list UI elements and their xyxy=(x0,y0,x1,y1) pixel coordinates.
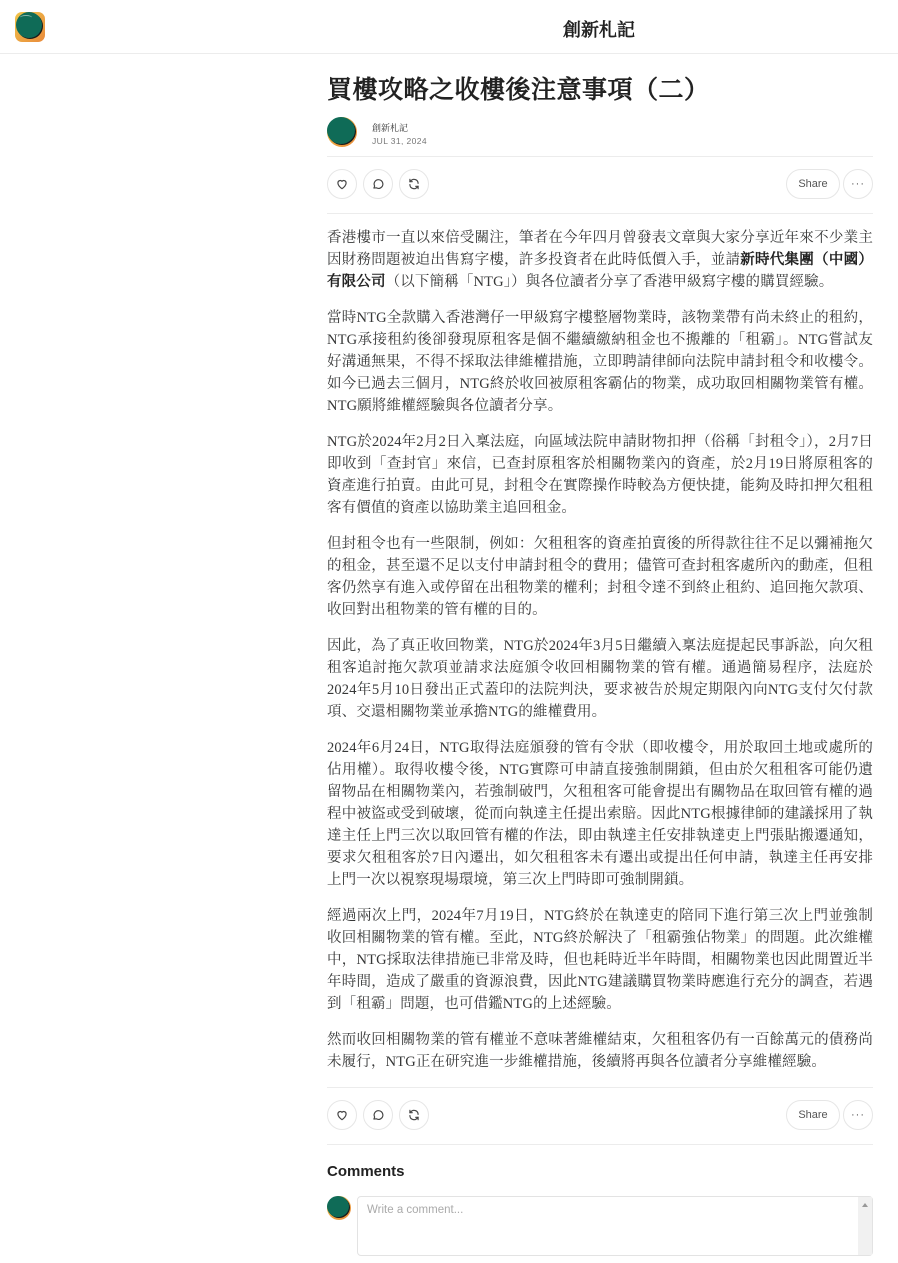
author-name[interactable]: 創新札記 xyxy=(372,121,408,134)
avatar-circle xyxy=(327,1196,349,1217)
paragraph: 然而收回相關物業的管有權並不意味著維權結束，欠租租客仍有一百餘萬元的債務尚未履行… xyxy=(327,1029,873,1073)
like-button[interactable] xyxy=(327,1100,357,1130)
paragraph: 但封租令也有一些限制，例如：欠租租客的資產拍賣後的所得款往往不足以彌補拖欠的租金… xyxy=(327,533,873,621)
like-button[interactable] xyxy=(327,169,357,199)
share-button[interactable]: Share xyxy=(786,169,840,199)
post-body: 香港樓市一直以來倍受關注，筆者在今年四月曾發表文章與大家分享近年來不少業主因財務… xyxy=(327,214,873,1073)
paragraph: NTG於2024年2月2日入稟法庭，向區域法院申請財物扣押（俗稱「封租令」），2… xyxy=(327,431,873,519)
comments-heading: Comments xyxy=(327,1163,873,1180)
site-title[interactable]: 創新札記 xyxy=(0,16,898,42)
article: 買樓攻略之收樓後注意事項（二） 創新札記 JUL 31, 2024 Share … xyxy=(327,70,873,1256)
comment-button[interactable] xyxy=(363,169,393,199)
comment-input[interactable] xyxy=(357,1196,873,1256)
comment-scrollbar[interactable] xyxy=(858,1197,872,1255)
paragraph: 經過兩次上門，2024年7月19日，NTG終於在執達吏的陪同下進行第三次上門並強… xyxy=(327,905,873,1015)
share-button[interactable]: Share xyxy=(786,1100,840,1130)
heart-icon xyxy=(335,177,349,191)
restack-button[interactable] xyxy=(399,169,429,199)
comment-composer xyxy=(327,1196,873,1256)
divider xyxy=(327,1144,873,1145)
top-bar: 創新札記 xyxy=(0,0,898,54)
comment-button[interactable] xyxy=(363,1100,393,1130)
paragraph: 因此，為了真正收回物業，NTG於2024年3月5日繼續入稟法庭提起民事訴訟，向欠… xyxy=(327,635,873,723)
more-options-button[interactable]: ··· xyxy=(843,1100,873,1130)
restack-icon xyxy=(407,177,421,191)
user-avatar xyxy=(327,1196,351,1220)
restack-button[interactable] xyxy=(399,1100,429,1130)
paragraph: 2024年6月24日，NTG取得法庭頒發的管有令狀（即收樓令，用於取回土地或處所… xyxy=(327,737,873,891)
paragraph: 香港樓市一直以來倍受關注，筆者在今年四月曾發表文章與大家分享近年來不少業主因財務… xyxy=(327,227,873,293)
avatar-circle xyxy=(327,117,355,144)
paragraph-text: （以下簡稱「NTG」）與各位讀者分享了香港甲級寫字樓的購買經驗。 xyxy=(386,274,834,290)
post-title: 買樓攻略之收樓後注意事項（二） xyxy=(327,70,873,110)
comment-bubble-icon xyxy=(371,1108,385,1122)
author-avatar[interactable] xyxy=(327,117,357,147)
paragraph: 當時NTG全款購入香港灣仔一甲級寫字樓整層物業時，該物業帶有尚未終止的租約，NT… xyxy=(327,307,873,417)
post-actions-top: Share ··· xyxy=(327,157,873,213)
more-options-button[interactable]: ··· xyxy=(843,169,873,199)
heart-icon xyxy=(335,1108,349,1122)
post-actions-bottom: Share ··· xyxy=(327,1088,873,1144)
post-date: JUL 31, 2024 xyxy=(372,136,427,146)
comment-bubble-icon xyxy=(371,177,385,191)
restack-icon xyxy=(407,1108,421,1122)
scroll-up-arrow-icon[interactable] xyxy=(862,1203,868,1207)
byline: 創新札記 JUL 31, 2024 xyxy=(327,116,873,156)
